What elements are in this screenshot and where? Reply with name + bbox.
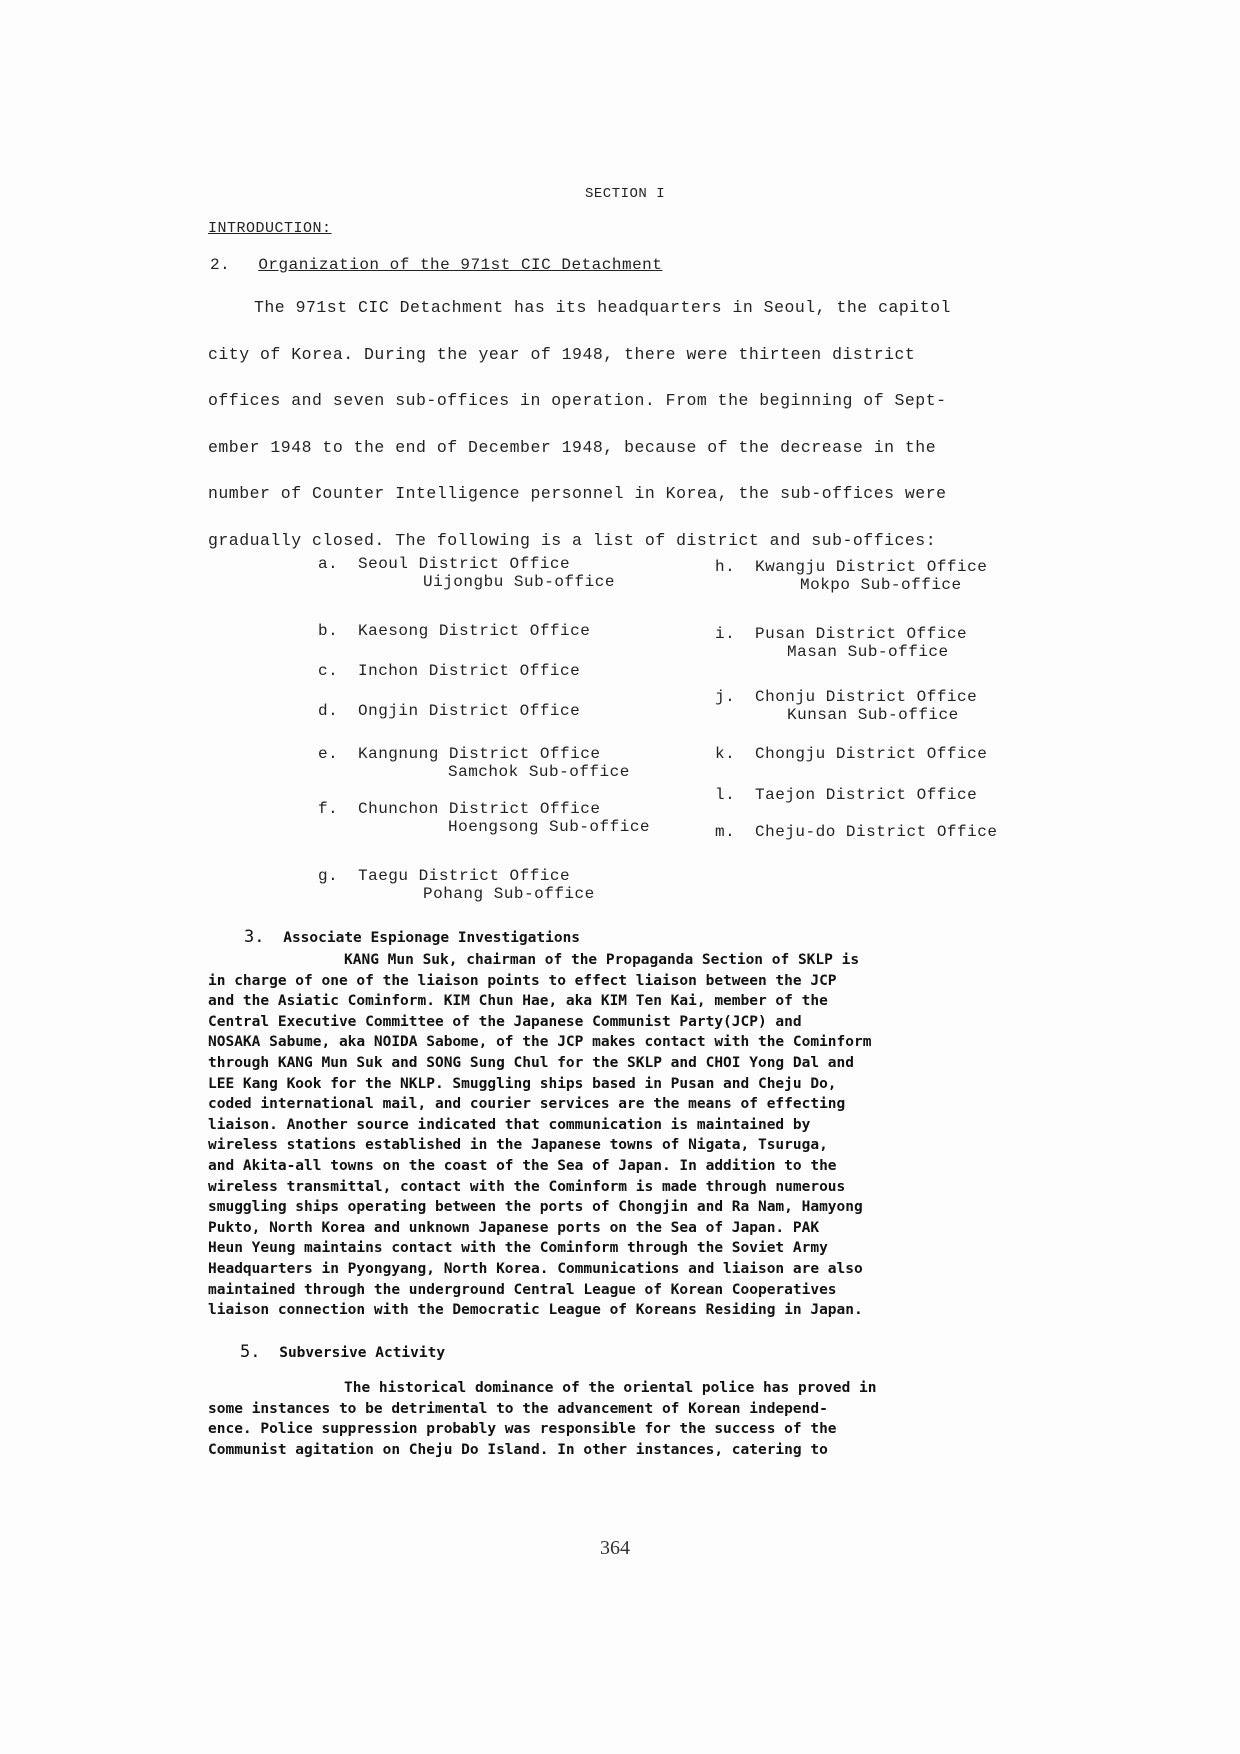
sub-office: Pohang Sub-office bbox=[318, 885, 595, 903]
office-list-item: m.Cheju-do District Office bbox=[715, 823, 997, 841]
office-list-item: e.Kangnung District Office Samchok Sub-o… bbox=[318, 745, 630, 781]
district-office: Taejon District Office bbox=[755, 786, 977, 804]
district-office: Chunchon District Office bbox=[358, 800, 600, 818]
paragraph-line: wireless transmittal, contact with the C… bbox=[208, 1177, 1028, 1198]
paragraph-line: Pukto, North Korea and unknown Japanese … bbox=[208, 1218, 1028, 1239]
section-3-number: 3. bbox=[244, 927, 264, 947]
paragraph-line: Headquarters in Pyongyang, North Korea. … bbox=[208, 1259, 1028, 1280]
paragraph-line: city of Korea. During the year of 1948, … bbox=[208, 345, 998, 392]
office-list-item: d.Ongjin District Office bbox=[318, 702, 580, 720]
office-list-item: j.Chonju District Office Kunsan Sub-offi… bbox=[715, 688, 977, 724]
item-letter: f. bbox=[318, 800, 358, 818]
paragraph-line: ence. Police suppression probably was re… bbox=[208, 1419, 1028, 1440]
document-page: SECTION I INTRODUCTION: 2. Organization … bbox=[0, 0, 1240, 1754]
paragraph-line: liaison. Another source indicated that c… bbox=[208, 1115, 1028, 1136]
item-letter: g. bbox=[318, 867, 358, 885]
section-title: SECTION I bbox=[585, 186, 665, 202]
district-office: Ongjin District Office bbox=[358, 702, 580, 720]
district-office: Pusan District Office bbox=[755, 625, 967, 643]
item-letter: a. bbox=[318, 555, 358, 573]
sub-office: Mokpo Sub-office bbox=[715, 576, 987, 594]
district-office: Chonju District Office bbox=[755, 688, 977, 706]
item-letter: e. bbox=[318, 745, 358, 763]
paragraph-line: coded international mail, and courier se… bbox=[208, 1094, 1028, 1115]
item-letter: h. bbox=[715, 558, 755, 576]
paragraph-line: Heun Yeung maintains contact with the Co… bbox=[208, 1238, 1028, 1259]
section-2-heading: 2. Organization of the 971st CIC Detachm… bbox=[210, 256, 662, 274]
paragraph-line: liaison connection with the Democratic L… bbox=[208, 1300, 1028, 1321]
office-list-item: b.Kaesong District Office bbox=[318, 622, 590, 640]
sub-office: Samchok Sub-office bbox=[318, 763, 630, 781]
district-office: Chongju District Office bbox=[755, 745, 987, 763]
paragraph-line: through KANG Mun Suk and SONG Sung Chul … bbox=[208, 1053, 1028, 1074]
paragraph-line: KANG Mun Suk, chairman of the Propaganda… bbox=[208, 950, 1028, 971]
district-office: Kaesong District Office bbox=[358, 622, 590, 640]
section-3-paragraph: KANG Mun Suk, chairman of the Propaganda… bbox=[208, 950, 1028, 1321]
paragraph-line: and Akita-all towns on the coast of the … bbox=[208, 1156, 1028, 1177]
sub-office: Uijongbu Sub-office bbox=[318, 573, 615, 591]
section-2-paragraph: The 971st CIC Detachment has its headqua… bbox=[208, 298, 998, 577]
district-office: Inchon District Office bbox=[358, 662, 580, 680]
item-letter: d. bbox=[318, 702, 358, 720]
section-2-title: Organization of the 971st CIC Detachment bbox=[258, 256, 662, 274]
item-letter: k. bbox=[715, 745, 755, 763]
district-office: Kwangju District Office bbox=[755, 558, 987, 576]
sub-office: Hoengsong Sub-office bbox=[318, 818, 650, 836]
office-list-item: f.Chunchon District Office Hoengsong Sub… bbox=[318, 800, 650, 836]
office-list-item: a.Seoul District Office Uijongbu Sub-off… bbox=[318, 555, 615, 591]
paragraph-line: The historical dominance of the oriental… bbox=[208, 1378, 1028, 1399]
item-letter: c. bbox=[318, 662, 358, 680]
section-5-number: 5. bbox=[240, 1342, 260, 1362]
page-number: 364 bbox=[600, 1537, 630, 1560]
section-5-title: Subversive Activity bbox=[279, 1345, 445, 1361]
paragraph-line: offices and seven sub-offices in operati… bbox=[208, 391, 998, 438]
paragraph-line: wireless stations established in the Jap… bbox=[208, 1135, 1028, 1156]
item-letter: j. bbox=[715, 688, 755, 706]
section-3-heading: 3. Associate Espionage Investigations bbox=[244, 927, 580, 947]
item-letter: m. bbox=[715, 823, 755, 841]
office-list-item: h.Kwangju District Office Mokpo Sub-offi… bbox=[715, 558, 987, 594]
paragraph-line: Communist agitation on Cheju Do Island. … bbox=[208, 1440, 1028, 1461]
paragraph-line: LEE Kang Kook for the NKLP. Smuggling sh… bbox=[208, 1074, 1028, 1095]
district-office: Kangnung District Office bbox=[358, 745, 600, 763]
sub-office: Kunsan Sub-office bbox=[715, 706, 977, 724]
district-office: Cheju-do District Office bbox=[755, 823, 997, 841]
paragraph-line: in charge of one of the liaison points t… bbox=[208, 971, 1028, 992]
item-letter: i. bbox=[715, 625, 755, 643]
item-letter: b. bbox=[318, 622, 358, 640]
paragraph-line: some instances to be detrimental to the … bbox=[208, 1399, 1028, 1420]
paragraph-line: ember 1948 to the end of December 1948, … bbox=[208, 438, 998, 485]
paragraph-line: smuggling ships operating between the po… bbox=[208, 1197, 1028, 1218]
office-list-item: k.Chongju District Office bbox=[715, 745, 987, 763]
district-office: Seoul District Office bbox=[358, 555, 570, 573]
section-5-paragraph: The historical dominance of the oriental… bbox=[208, 1378, 1028, 1460]
office-list-item: g.Taegu District Office Pohang Sub-offic… bbox=[318, 867, 595, 903]
paragraph-line: The 971st CIC Detachment has its headqua… bbox=[208, 298, 998, 345]
district-office: Taegu District Office bbox=[358, 867, 570, 885]
sub-office: Masan Sub-office bbox=[715, 643, 967, 661]
paragraph-line: and the Asiatic Cominform. KIM Chun Hae,… bbox=[208, 991, 1028, 1012]
item-letter: l. bbox=[715, 786, 755, 804]
paragraph-line: Central Executive Committee of the Japan… bbox=[208, 1012, 1028, 1033]
section-5-heading: 5. Subversive Activity bbox=[240, 1342, 445, 1362]
paragraph-line: NOSAKA Sabume, aka NOIDA Sabome, of the … bbox=[208, 1032, 1028, 1053]
office-list-item: l.Taejon District Office bbox=[715, 786, 977, 804]
section-3-title: Associate Espionage Investigations bbox=[283, 930, 580, 946]
office-list-item: i.Pusan District Office Masan Sub-office bbox=[715, 625, 967, 661]
introduction-heading: INTRODUCTION: bbox=[208, 220, 332, 237]
office-list-item: c.Inchon District Office bbox=[318, 662, 580, 680]
paragraph-line: maintained through the underground Centr… bbox=[208, 1280, 1028, 1301]
section-2-number: 2. bbox=[210, 256, 230, 274]
paragraph-line: number of Counter Intelligence personnel… bbox=[208, 484, 998, 531]
